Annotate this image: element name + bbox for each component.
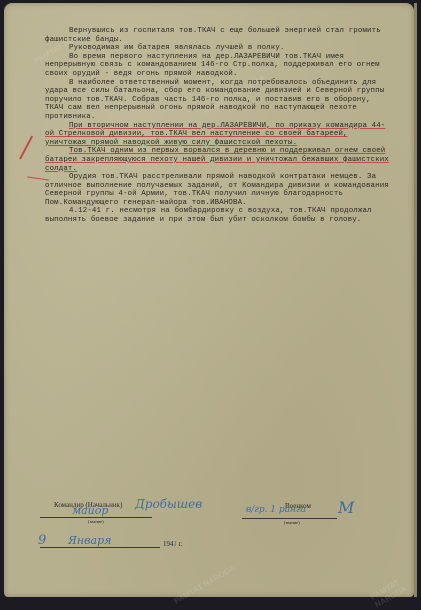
paragraph: Тов.ТКАЧ одним из первых ворвался в дере… [45, 147, 390, 173]
paragraph: Вернувшись из госпиталя тов.ТКАЧ с еще б… [45, 27, 390, 44]
paragraph: 4.12-41 г. несмотря на бомбардировку с в… [45, 207, 390, 224]
award-text: Вернувшись из госпиталя тов.ТКАЧ с еще б… [45, 27, 390, 225]
paragraph: В наиболее ответственный момент, когда п… [45, 79, 390, 122]
paragraph: Орудия тов.ТКАЧ расстреливали прямой нав… [45, 173, 390, 207]
paragraph: Во время первого наступления на дер.ЛАЗА… [45, 53, 390, 79]
paragraph: Руководимая им батарея являлась лучшей в… [45, 44, 390, 53]
page-edge [414, 3, 417, 597]
paragraph: При вторичном наступлении на дер.ЛАЗАРЕВ… [45, 122, 390, 148]
